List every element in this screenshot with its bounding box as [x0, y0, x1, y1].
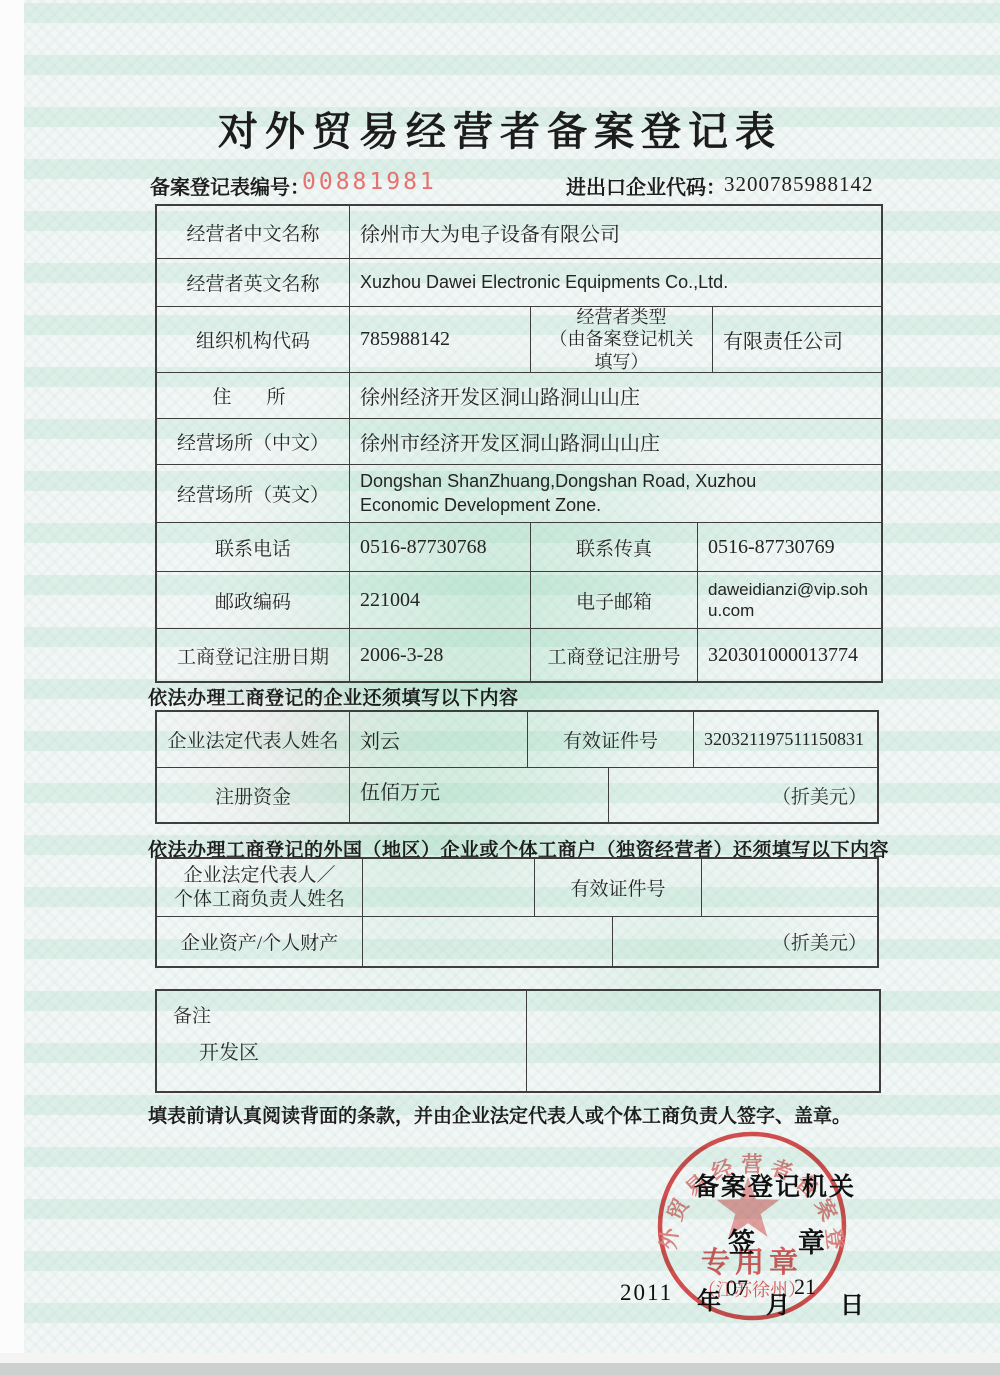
authority-label: 备案登记机关 [694, 1167, 856, 1203]
remark-box: 备注 开发区 [155, 989, 881, 1093]
reg-date-label: 工商登记注册日期 [157, 629, 349, 681]
email-label: 电子邮箱 [530, 572, 697, 628]
table-row: 企业资产/个人财产 （折美元） [157, 916, 877, 966]
address-value: 徐州经济开发区洞山路洞山山庄 [349, 373, 881, 418]
section2-heading: 依法办理工商登记的企业还须填写以下内容 [148, 683, 519, 710]
id-no-label: 有效证件号 [527, 712, 693, 767]
date-month-value: 07 [726, 1275, 748, 1301]
domestic-enterprise-table: 企业法定代表人姓名 刘云 有效证件号 320321197511150831 注册… [155, 710, 879, 824]
page-title: 对外贸易经营者备案登记表 [0, 100, 1000, 157]
date-year-value: 2011 [620, 1280, 673, 1306]
date-day-unit: 日 [840, 1285, 864, 1320]
biz-place-en-label: 经营场所（英文） [157, 465, 349, 522]
biz-place-cn-value: 徐州市经济开发区洞山路洞山山庄 [349, 419, 881, 464]
cn-name-label: 经营者中文名称 [157, 206, 349, 258]
legal-rep-label: 企业法定代表人姓名 [157, 712, 349, 767]
org-code-value: 785988142 [349, 307, 530, 372]
table-row: 工商登记注册日期 2006-3-28 工商登记注册号 3203010000137… [157, 628, 881, 681]
phone-label: 联系电话 [157, 523, 349, 571]
assets-label: 企业资产/个人财产 [157, 917, 362, 966]
foreign-id-no-value [701, 859, 877, 916]
scan-bottom-edge-light [0, 1353, 1000, 1363]
biz-place-cn-label: 经营场所（中文） [157, 419, 349, 464]
table-row: 住 所 徐州经济开发区洞山路洞山山庄 [157, 372, 881, 418]
postcode-label: 邮政编码 [157, 572, 349, 628]
address-label: 住 所 [157, 373, 349, 418]
foreign-id-no-label: 有效证件号 [534, 859, 701, 916]
reg-date-value: 2006-3-28 [349, 629, 530, 681]
table-row: 联系电话 0516-87730768 联系传真 0516-87730769 [157, 522, 881, 571]
company-code-value: 3200785988142 [724, 172, 874, 197]
fax-value: 0516-87730769 [697, 523, 881, 571]
biz-place-en-value: Dongshan ShanZhuang,Dongshan Road, Xuzho… [349, 465, 789, 522]
table-row: 企业法定代表人姓名 刘云 有效证件号 320321197511150831 [157, 712, 877, 767]
date-year-unit: 年 [697, 1281, 721, 1316]
reg-no-value: 320301000013774 [697, 629, 881, 681]
date-month-unit: 月 [766, 1285, 790, 1320]
postcode-value: 221004 [349, 572, 530, 628]
operator-type-label: 经营者类型 （由备案登记机关填写） [530, 307, 712, 372]
email-value: daweidianzi@vip.sohu.com [697, 572, 881, 628]
en-name-label: 经营者英文名称 [157, 259, 349, 306]
remark-content: 开发区 [199, 1036, 510, 1065]
table-row: 经营者英文名称 Xuzhou Dawei Electronic Equipmen… [157, 258, 881, 306]
sign-seal-label: 签 章 [728, 1221, 833, 1260]
remark-cell: 备注 开发区 [157, 991, 527, 1091]
registration-form-page: 对外贸易经营者备案登记表 备案登记表编号： 00881981 进出口企业代码： … [0, 0, 1000, 1375]
scan-bottom-edge [0, 1363, 1000, 1375]
date-day-value: 21 [794, 1274, 816, 1300]
remark-empty-cell [527, 991, 879, 1091]
form-no-label: 备案登记表编号： [150, 171, 310, 200]
main-info-table: 经营者中文名称 徐州市大为电子设备有限公司 经营者英文名称 Xuzhou Daw… [155, 204, 883, 683]
foreign-enterprise-table: 企业法定代表人／ 个体工商负责人姓名 有效证件号 企业资产/个人财产 （折美元） [155, 857, 879, 968]
foreign-rep-label-line1: 企业法定代表人／ [183, 864, 335, 888]
legal-rep-value: 刘云 [349, 712, 527, 767]
company-code-label: 进出口企业代码： [566, 171, 726, 200]
table-row: 注册资金 伍佰万元 （折美元） [157, 767, 877, 822]
operator-type-label-line1: 经营者类型 [577, 307, 667, 328]
table-row: 经营场所（中文） 徐州市经济开发区洞山路洞山山庄 [157, 418, 881, 464]
table-row: 邮政编码 221004 电子邮箱 daweidianzi@vip.sohu.co… [157, 571, 881, 628]
table-row: 企业法定代表人／ 个体工商负责人姓名 有效证件号 [157, 859, 877, 916]
en-name-value: Xuzhou Dawei Electronic Equipments Co.,L… [349, 259, 881, 306]
phone-value: 0516-87730768 [349, 523, 530, 571]
operator-type-label-line2: （由备案登记机关填写） [541, 328, 702, 372]
foreign-rep-value [362, 859, 534, 916]
id-no-value: 320321197511150831 [693, 712, 877, 767]
assets-value [362, 917, 612, 966]
form-no-value: 00881981 [302, 169, 437, 195]
org-code-label: 组织机构代码 [157, 307, 349, 372]
table-row: 经营场所（英文） Dongshan ShanZhuang,Dongshan Ro… [157, 464, 881, 522]
fax-label: 联系传真 [530, 523, 697, 571]
reg-capital-label: 注册资金 [157, 768, 349, 822]
operator-type-value: 有限责任公司 [712, 307, 881, 372]
scan-left-margin [0, 0, 24, 1375]
foreign-rep-label: 企业法定代表人／ 个体工商负责人姓名 [157, 859, 362, 916]
reg-capital-value: 伍佰万元 [349, 768, 608, 822]
foreign-rep-label-line2: 个体工商负责人姓名 [174, 888, 345, 912]
reg-no-label: 工商登记注册号 [530, 629, 697, 681]
table-row: 组织机构代码 785988142 经营者类型 （由备案登记机关填写） 有限责任公… [157, 306, 881, 372]
remark-label: 备注 [173, 1001, 510, 1028]
cn-name-value: 徐州市大为电子设备有限公司 [349, 206, 881, 258]
usd-equivalent-note: （折美元） [608, 768, 877, 822]
table-row: 经营者中文名称 徐州市大为电子设备有限公司 [157, 206, 881, 258]
usd-equivalent-note-2: （折美元） [612, 917, 877, 966]
